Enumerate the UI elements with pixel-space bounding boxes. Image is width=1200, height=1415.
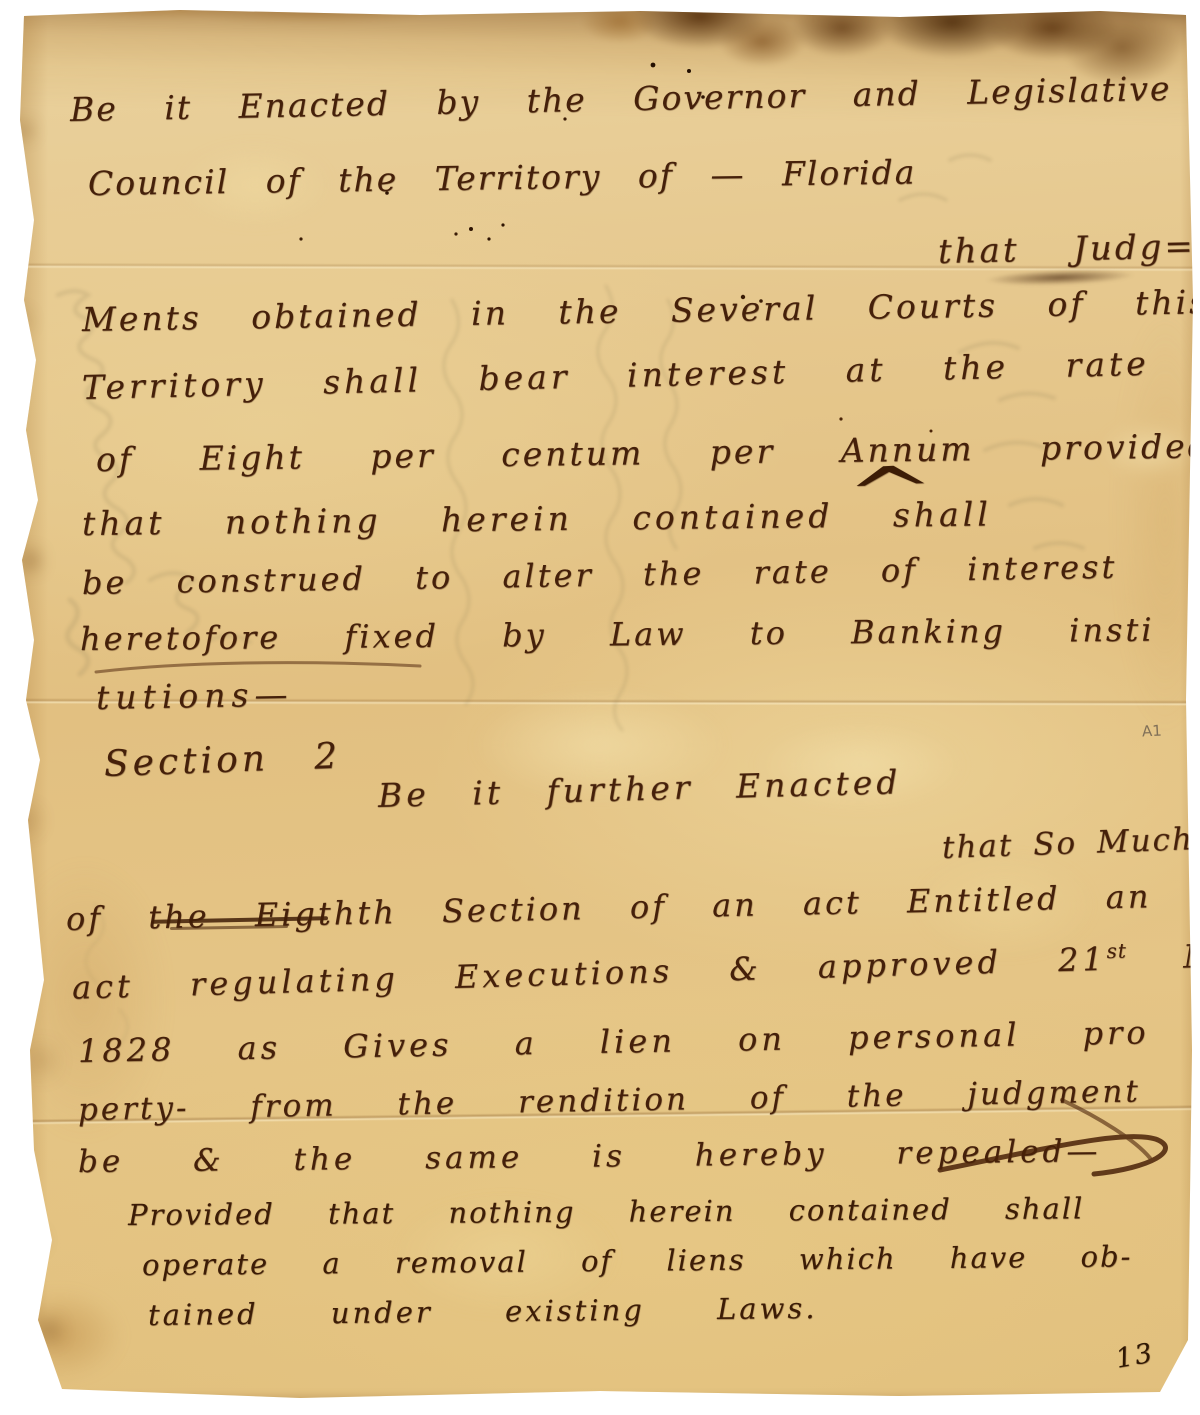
line-part: Nov [1127,935,1200,977]
margin-note: A1 [1142,721,1163,740]
page-number: 13 [1113,1338,1156,1375]
manuscript-line: tained under existing Laws. [148,1291,818,1332]
paper-sheet: Be it Enacted by the Governor and Legisl… [0,0,1200,1415]
ink-speckles [0,0,2,2]
manuscript-line: tutions— [96,675,294,717]
manuscript-line: that Judg= [938,227,1197,272]
superscript-st: st [1106,939,1127,964]
manuscript-scan: Be it Enacted by the Governor and Legisl… [0,0,1200,1415]
section-heading: Section 2 [103,736,342,785]
manuscript-line: Provided that nothing herein contained s… [128,1191,1085,1232]
caret-insertion-mark-icon: ^ [842,450,941,534]
